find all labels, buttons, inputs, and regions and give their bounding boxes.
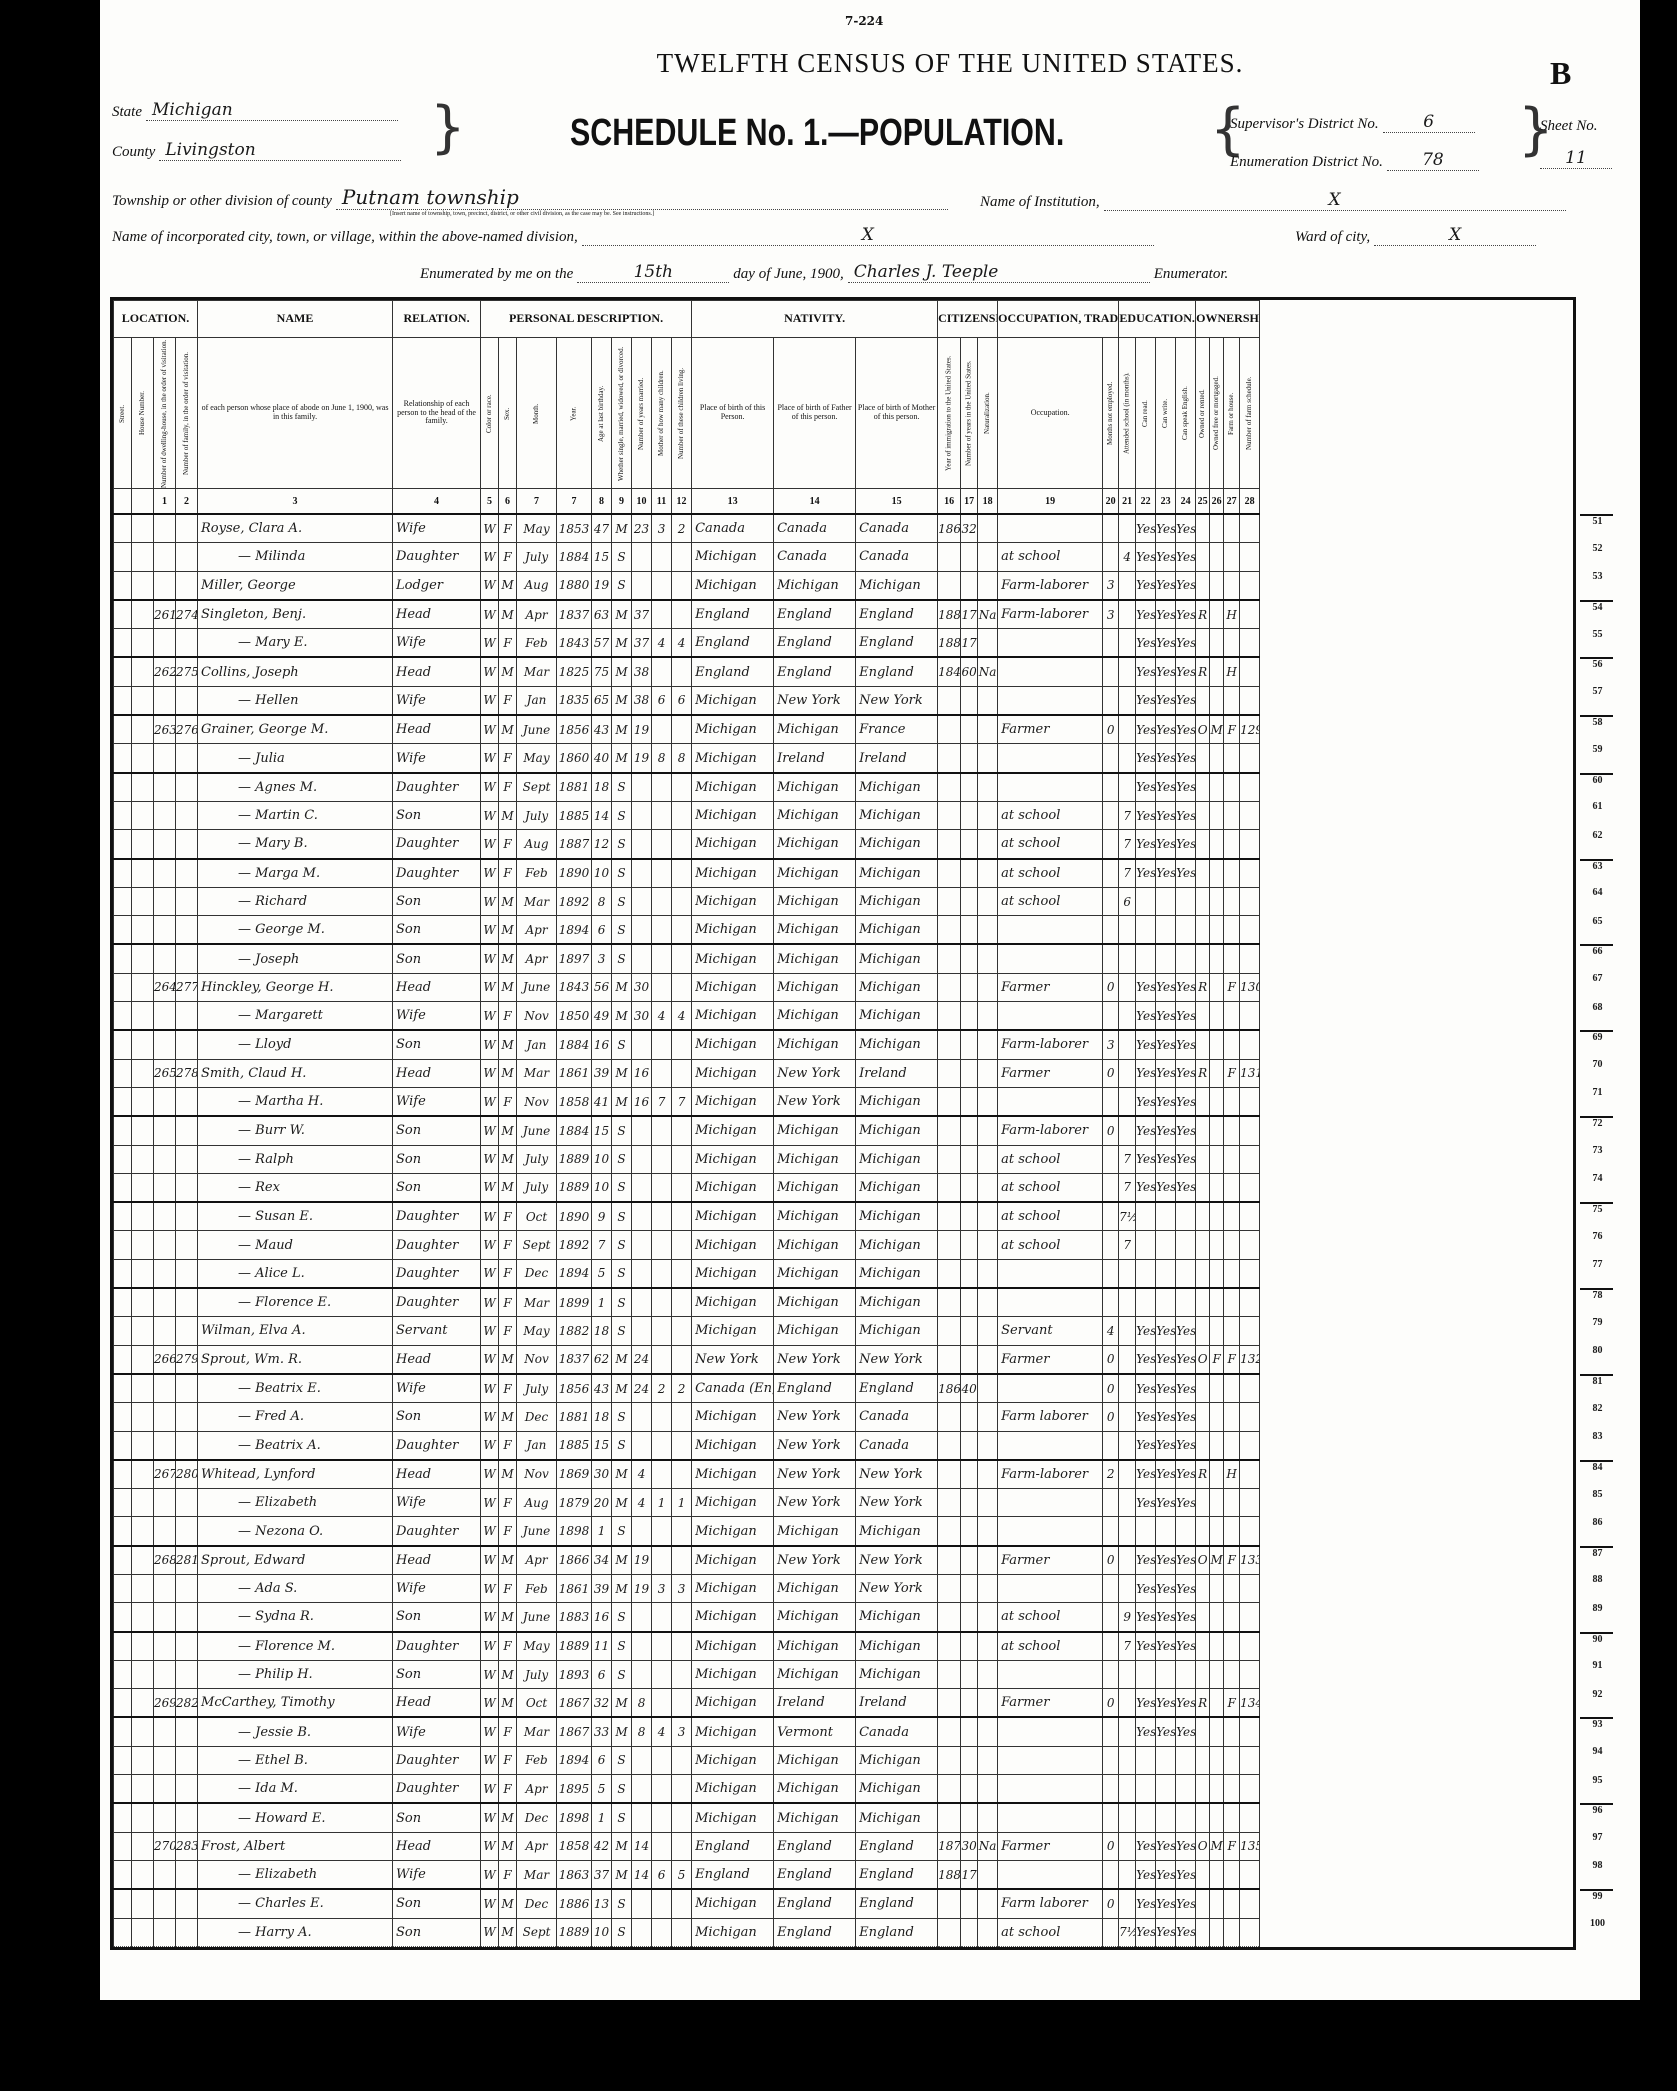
cell-month: Mar xyxy=(517,657,557,686)
cell-fsch: 132 xyxy=(1240,1345,1260,1374)
cell-rel: Daughter xyxy=(393,1775,481,1804)
cell-occ: at school xyxy=(998,830,1103,859)
cell-mc xyxy=(652,944,672,973)
cell-sex: M xyxy=(499,1059,517,1087)
cell-fsch xyxy=(1240,629,1260,658)
cell-occ: Farmer xyxy=(998,1059,1103,1087)
county-label: County xyxy=(112,144,155,161)
table-row: — HellenWifeWFJan183565M3866MichiganNew … xyxy=(114,686,1573,715)
cell-month: Apr xyxy=(517,1832,557,1860)
cell-eng: Yes xyxy=(1176,1317,1196,1345)
cell-color: W xyxy=(481,1489,499,1517)
column-number: 13 xyxy=(692,489,774,515)
cell-dw: 264 xyxy=(154,973,176,1001)
cell-mc: 1 xyxy=(652,1489,672,1517)
cell-dw xyxy=(154,1489,176,1517)
cell-fsch xyxy=(1240,830,1260,859)
cell-fam xyxy=(176,859,198,888)
cell-dw xyxy=(154,1918,176,1946)
cell-free xyxy=(1210,1460,1224,1489)
line-number: 80 xyxy=(1580,1345,1613,1372)
cell-ms: S xyxy=(612,571,632,600)
cell-rel: Head xyxy=(393,1832,481,1860)
cell-sch xyxy=(1119,744,1136,773)
cell-free xyxy=(1210,571,1224,600)
cell-year: 1890 xyxy=(557,859,592,888)
cell-sch xyxy=(1119,1574,1136,1602)
column-number: 9 xyxy=(612,489,632,515)
cell-year: 1884 xyxy=(557,543,592,571)
cell-fpob: Michigan xyxy=(774,1317,856,1345)
cell-fpob: Michigan xyxy=(774,944,856,973)
cell-cl xyxy=(672,859,692,888)
cell-name: — Martha H. xyxy=(198,1087,393,1116)
column-number: 28 xyxy=(1240,489,1260,515)
cell-ym xyxy=(632,1173,652,1202)
cell-cl xyxy=(672,1173,692,1202)
cell-write: Yes xyxy=(1156,1689,1176,1718)
cell-write: Yes xyxy=(1156,801,1176,829)
cell-imm xyxy=(938,1403,961,1431)
cell-eng xyxy=(1176,1660,1196,1688)
cell-mc: 4 xyxy=(652,629,672,658)
cell-farm xyxy=(1224,830,1240,859)
cell-cl: 3 xyxy=(672,1574,692,1602)
cell-sch: 9 xyxy=(1119,1603,1136,1632)
cell-dw xyxy=(154,887,176,915)
cell-mne: 4 xyxy=(1103,1317,1119,1345)
column-label: Age at last birthday. xyxy=(592,338,612,489)
cell-ym xyxy=(632,571,652,600)
cell-sch: 4 xyxy=(1119,543,1136,571)
cell-dw xyxy=(154,1431,176,1460)
cell-sex: F xyxy=(499,1775,517,1804)
cell-yus xyxy=(961,1517,978,1546)
cell-mpob: Michigan xyxy=(856,830,938,859)
cell-mne: 2 xyxy=(1103,1460,1119,1489)
cell-read: Yes xyxy=(1136,1860,1156,1889)
cell-occ: at school xyxy=(998,1202,1103,1231)
cell-sch xyxy=(1119,629,1136,658)
cell-imm xyxy=(938,1689,961,1718)
cell-month: Oct xyxy=(517,1202,557,1231)
cell-fpob: Michigan xyxy=(774,1632,856,1661)
cell-pob: Michigan xyxy=(692,1087,774,1116)
cell-empty xyxy=(114,1030,132,1059)
cell-age: 10 xyxy=(592,1918,612,1946)
cell-free xyxy=(1210,629,1224,658)
cell-cl xyxy=(672,801,692,829)
brace-decoration: } xyxy=(430,100,466,156)
cell-farm xyxy=(1224,1374,1240,1403)
cell-color: W xyxy=(481,543,499,571)
cell-fsch xyxy=(1240,944,1260,973)
cell-free xyxy=(1210,1202,1224,1231)
cell-nat xyxy=(978,973,998,1001)
cell-age: 39 xyxy=(592,1059,612,1087)
cell-pob: Michigan xyxy=(692,1717,774,1746)
cell-imm xyxy=(938,887,961,915)
nativity-header: NATIVITY. xyxy=(692,301,938,338)
cell-free xyxy=(1210,1517,1224,1546)
cell-mne xyxy=(1103,801,1119,829)
cell-empty xyxy=(132,1517,154,1546)
cell-name: — Lloyd xyxy=(198,1030,393,1059)
cell-pob: Michigan xyxy=(692,1489,774,1517)
cell-eng: Yes xyxy=(1176,686,1196,715)
cell-yus xyxy=(961,887,978,915)
cell-ms: M xyxy=(612,1574,632,1602)
cell-nat xyxy=(978,1546,998,1575)
cell-fpob: New York xyxy=(774,1489,856,1517)
cell-own xyxy=(1196,1775,1210,1804)
cell-name: — Marga M. xyxy=(198,859,393,888)
cell-name: — Florence M. xyxy=(198,1632,393,1661)
cell-farm xyxy=(1224,1173,1240,1202)
cell-imm: 1883 xyxy=(938,1860,961,1889)
cell-pob: Michigan xyxy=(692,686,774,715)
cell-age: 43 xyxy=(592,1374,612,1403)
cell-cl xyxy=(672,715,692,744)
cell-own xyxy=(1196,1116,1210,1145)
cell-occ xyxy=(998,1288,1103,1317)
cell-ms: M xyxy=(612,600,632,629)
cell-color: W xyxy=(481,1002,499,1031)
cell-imm: 1870 xyxy=(938,1832,961,1860)
cell-free xyxy=(1210,944,1224,973)
cell-farm xyxy=(1224,514,1240,543)
cell-eng: Yes xyxy=(1176,715,1196,744)
cell-cl xyxy=(672,543,692,571)
cell-imm xyxy=(938,1231,961,1259)
cell-year: 1843 xyxy=(557,629,592,658)
enumeration-district-value: 78 xyxy=(1387,150,1479,171)
cell-fam xyxy=(176,1632,198,1661)
cell-pob: England xyxy=(692,1832,774,1860)
cell-eng: Yes xyxy=(1176,830,1196,859)
cell-color: W xyxy=(481,1317,499,1345)
cell-fsch xyxy=(1240,1889,1260,1918)
cell-nat xyxy=(978,1145,998,1173)
cell-mc xyxy=(652,571,672,600)
cell-occ: Farm-laborer xyxy=(998,600,1103,629)
cell-age: 49 xyxy=(592,1002,612,1031)
cell-sex: F xyxy=(499,1259,517,1288)
cell-mpob: Ireland xyxy=(856,744,938,773)
cell-name: — Joseph xyxy=(198,944,393,973)
cell-dw: 267 xyxy=(154,1460,176,1489)
cell-month: May xyxy=(517,514,557,543)
cell-pob: Michigan xyxy=(692,1775,774,1804)
cell-sex: M xyxy=(499,1145,517,1173)
cell-fsch xyxy=(1240,1002,1260,1031)
cell-occ xyxy=(998,916,1103,945)
cell-sch xyxy=(1119,686,1136,715)
cell-year: 1867 xyxy=(557,1717,592,1746)
table-row: — Philip H.SonWMJuly18936SMichiganMichig… xyxy=(114,1660,1573,1688)
cell-cl: 4 xyxy=(672,1002,692,1031)
cell-fam xyxy=(176,1202,198,1231)
cell-occ xyxy=(998,1431,1103,1460)
cell-fsch xyxy=(1240,1231,1260,1259)
cell-month: Jan xyxy=(517,686,557,715)
cell-own xyxy=(1196,1259,1210,1288)
cell-empty xyxy=(114,801,132,829)
cell-own xyxy=(1196,1231,1210,1259)
cell-rel: Son xyxy=(393,1030,481,1059)
cell-mne xyxy=(1103,773,1119,802)
cell-dw: 263 xyxy=(154,715,176,744)
cell-fsch xyxy=(1240,1660,1260,1688)
column-label: Mother of how many children. xyxy=(652,338,672,489)
column-number: 21 xyxy=(1119,489,1136,515)
cell-sex: F xyxy=(499,1517,517,1546)
cell-cl: 5 xyxy=(672,1860,692,1889)
cell-farm xyxy=(1224,773,1240,802)
cell-fpob: Michigan xyxy=(774,1574,856,1602)
cell-fsch xyxy=(1240,1403,1260,1431)
cell-nat xyxy=(978,1746,998,1774)
state-label: State xyxy=(112,104,142,121)
cell-age: 41 xyxy=(592,1087,612,1116)
cell-read: Yes xyxy=(1136,1460,1156,1489)
cell-write: Yes xyxy=(1156,1574,1176,1602)
cell-free xyxy=(1210,859,1224,888)
cell-year: 1883 xyxy=(557,1603,592,1632)
cell-age: 3 xyxy=(592,944,612,973)
cell-name: McCarthey, Timothy xyxy=(198,1689,393,1718)
cell-ym: 37 xyxy=(632,600,652,629)
cell-eng xyxy=(1176,1517,1196,1546)
supervisor-label: Supervisor's District No. xyxy=(1230,116,1379,133)
cell-sex: F xyxy=(499,1746,517,1774)
cell-mpob: Canada xyxy=(856,1717,938,1746)
cell-occ: Farm-laborer xyxy=(998,1460,1103,1489)
cell-nat xyxy=(978,1259,998,1288)
cell-read: Yes xyxy=(1136,1059,1156,1087)
cell-empty xyxy=(132,1002,154,1031)
cell-imm: 1840 xyxy=(938,657,961,686)
cell-cl: 1 xyxy=(672,1489,692,1517)
cell-free xyxy=(1210,830,1224,859)
cell-ym: 14 xyxy=(632,1832,652,1860)
cell-empty xyxy=(132,744,154,773)
county-field: County Livingston xyxy=(112,140,401,161)
cell-farm xyxy=(1224,1889,1240,1918)
cell-own xyxy=(1196,514,1210,543)
line-number: 86 xyxy=(1580,1517,1613,1544)
cell-ym xyxy=(632,1116,652,1145)
cell-mne xyxy=(1103,1775,1119,1804)
cell-color: W xyxy=(481,973,499,1001)
line-number: 99 xyxy=(1580,1889,1613,1918)
cell-fsch xyxy=(1240,1603,1260,1632)
cell-fpob: England xyxy=(774,1832,856,1860)
cell-own xyxy=(1196,1403,1210,1431)
cell-fam: 282 xyxy=(176,1689,198,1718)
cell-ym: 37 xyxy=(632,629,652,658)
cell-color: W xyxy=(481,657,499,686)
cell-name: — Ralph xyxy=(198,1145,393,1173)
cell-fam xyxy=(176,1374,198,1403)
cell-sex: F xyxy=(499,1202,517,1231)
cell-pob: Michigan xyxy=(692,1317,774,1345)
cell-write: Yes xyxy=(1156,1632,1176,1661)
cell-read xyxy=(1136,1259,1156,1288)
cell-name: — Alice L. xyxy=(198,1259,393,1288)
cell-nat xyxy=(978,715,998,744)
cell-occ: Farmer xyxy=(998,715,1103,744)
cell-year: 1856 xyxy=(557,715,592,744)
column-label: Can write. xyxy=(1156,338,1176,489)
column-label: Number of these children living. xyxy=(672,338,692,489)
cell-ym xyxy=(632,916,652,945)
cell-month: Apr xyxy=(517,1546,557,1575)
cell-year: 1887 xyxy=(557,830,592,859)
cell-free xyxy=(1210,1145,1224,1173)
cell-read: Yes xyxy=(1136,1603,1156,1632)
cell-dw xyxy=(154,1288,176,1317)
table-row: — Ethel B.DaughterWFFeb18946SMichiganMic… xyxy=(114,1746,1573,1774)
cell-fsch xyxy=(1240,887,1260,915)
cell-fam xyxy=(176,1173,198,1202)
cell-occ: Farmer xyxy=(998,1546,1103,1575)
cell-color: W xyxy=(481,1918,499,1946)
cell-color: W xyxy=(481,1116,499,1145)
cell-imm: 1868 xyxy=(938,514,961,543)
cell-year: 1867 xyxy=(557,1689,592,1718)
cell-fsch xyxy=(1240,1431,1260,1460)
cell-dw xyxy=(154,571,176,600)
cell-mne: 0 xyxy=(1103,715,1119,744)
cell-yus xyxy=(961,1918,978,1946)
cell-free xyxy=(1210,1574,1224,1602)
relation-header: RELATION. xyxy=(393,301,481,338)
ownership-header: OWNERSHIP OF HOME. xyxy=(1196,301,1260,338)
cell-name: — Philip H. xyxy=(198,1660,393,1688)
cell-cl xyxy=(672,916,692,945)
cell-pob: Michigan xyxy=(692,1231,774,1259)
cell-pob: Michigan xyxy=(692,715,774,744)
cell-nat xyxy=(978,1431,998,1460)
cell-pob: Michigan xyxy=(692,944,774,973)
cell-mc xyxy=(652,773,672,802)
line-number: 84 xyxy=(1580,1460,1613,1489)
cell-write: Yes xyxy=(1156,1546,1176,1575)
cell-eng: Yes xyxy=(1176,1832,1196,1860)
cell-farm xyxy=(1224,1918,1240,1946)
cell-empty xyxy=(114,1489,132,1517)
cell-write: Yes xyxy=(1156,1603,1176,1632)
cell-sex: F xyxy=(499,686,517,715)
cell-fsch xyxy=(1240,1803,1260,1832)
cell-read: Yes xyxy=(1136,600,1156,629)
cell-nat xyxy=(978,1403,998,1431)
cell-month: Dec xyxy=(517,1403,557,1431)
cell-mne: 0 xyxy=(1103,1832,1119,1860)
cell-sch: 6 xyxy=(1119,887,1136,915)
cell-imm xyxy=(938,1489,961,1517)
column-label: Color or race. xyxy=(481,338,499,489)
cell-fsch xyxy=(1240,859,1260,888)
cell-empty xyxy=(132,600,154,629)
cell-fpob: New York xyxy=(774,686,856,715)
cell-own: O xyxy=(1196,1546,1210,1575)
cell-fpob: Michigan xyxy=(774,773,856,802)
cell-empty xyxy=(114,1202,132,1231)
cell-nat xyxy=(978,1374,998,1403)
cell-empty xyxy=(114,600,132,629)
column-number: 11 xyxy=(652,489,672,515)
cell-name: — Burr W. xyxy=(198,1116,393,1145)
cell-ms: S xyxy=(612,1116,632,1145)
cell-cl xyxy=(672,1918,692,1946)
cell-month: Dec xyxy=(517,1889,557,1918)
cell-fpob: Michigan xyxy=(774,801,856,829)
cell-mne xyxy=(1103,1087,1119,1116)
cell-age: 10 xyxy=(592,859,612,888)
cell-month: May xyxy=(517,1317,557,1345)
cell-fpob: New York xyxy=(774,1345,856,1374)
cell-rel: Head xyxy=(393,1059,481,1087)
cell-yus xyxy=(961,1603,978,1632)
cell-empty xyxy=(114,715,132,744)
cell-fsch xyxy=(1240,1030,1260,1059)
cell-fsch xyxy=(1240,801,1260,829)
institution-field: Name of Institution, X xyxy=(980,190,1566,211)
cell-sex: M xyxy=(499,944,517,973)
cell-year: 1889 xyxy=(557,1918,592,1946)
cell-pob: Michigan xyxy=(692,1145,774,1173)
cell-cl: 7 xyxy=(672,1087,692,1116)
cell-dw xyxy=(154,1889,176,1918)
cell-write: Yes xyxy=(1156,629,1176,658)
enumeration-label: Enumeration District No. xyxy=(1230,154,1383,171)
cell-color: W xyxy=(481,571,499,600)
column-number: 4 xyxy=(393,489,481,515)
line-number: 70 xyxy=(1580,1059,1613,1086)
column-label: Owned free or mortgaged. xyxy=(1210,338,1224,489)
cell-fpob: England xyxy=(774,1374,856,1403)
cell-mc xyxy=(652,1431,672,1460)
cell-eng: Yes xyxy=(1176,1489,1196,1517)
cell-sch xyxy=(1119,600,1136,629)
cell-write: Yes xyxy=(1156,1860,1176,1889)
cell-sch xyxy=(1119,1288,1136,1317)
cell-month: Feb xyxy=(517,1746,557,1774)
cell-rel: Daughter xyxy=(393,1202,481,1231)
cell-eng: Yes xyxy=(1176,1717,1196,1746)
cell-sch: 7 xyxy=(1119,1632,1136,1661)
cell-free xyxy=(1210,514,1224,543)
cell-name: Grainer, George M. xyxy=(198,715,393,744)
cell-empty xyxy=(132,1431,154,1460)
institution-label: Name of Institution, xyxy=(980,194,1100,211)
cell-mc: 6 xyxy=(652,686,672,715)
cell-ms: M xyxy=(612,1832,632,1860)
cell-free xyxy=(1210,1087,1224,1116)
cell-color: W xyxy=(481,916,499,945)
cell-empty xyxy=(114,686,132,715)
cell-own xyxy=(1196,1746,1210,1774)
line-number: 71 xyxy=(1580,1087,1613,1114)
cell-empty xyxy=(114,1087,132,1116)
cell-mne: 3 xyxy=(1103,1030,1119,1059)
cell-name: — Howard E. xyxy=(198,1803,393,1832)
cell-own xyxy=(1196,1288,1210,1317)
cell-mpob: Michigan xyxy=(856,1632,938,1661)
cell-dw: 270 xyxy=(154,1832,176,1860)
